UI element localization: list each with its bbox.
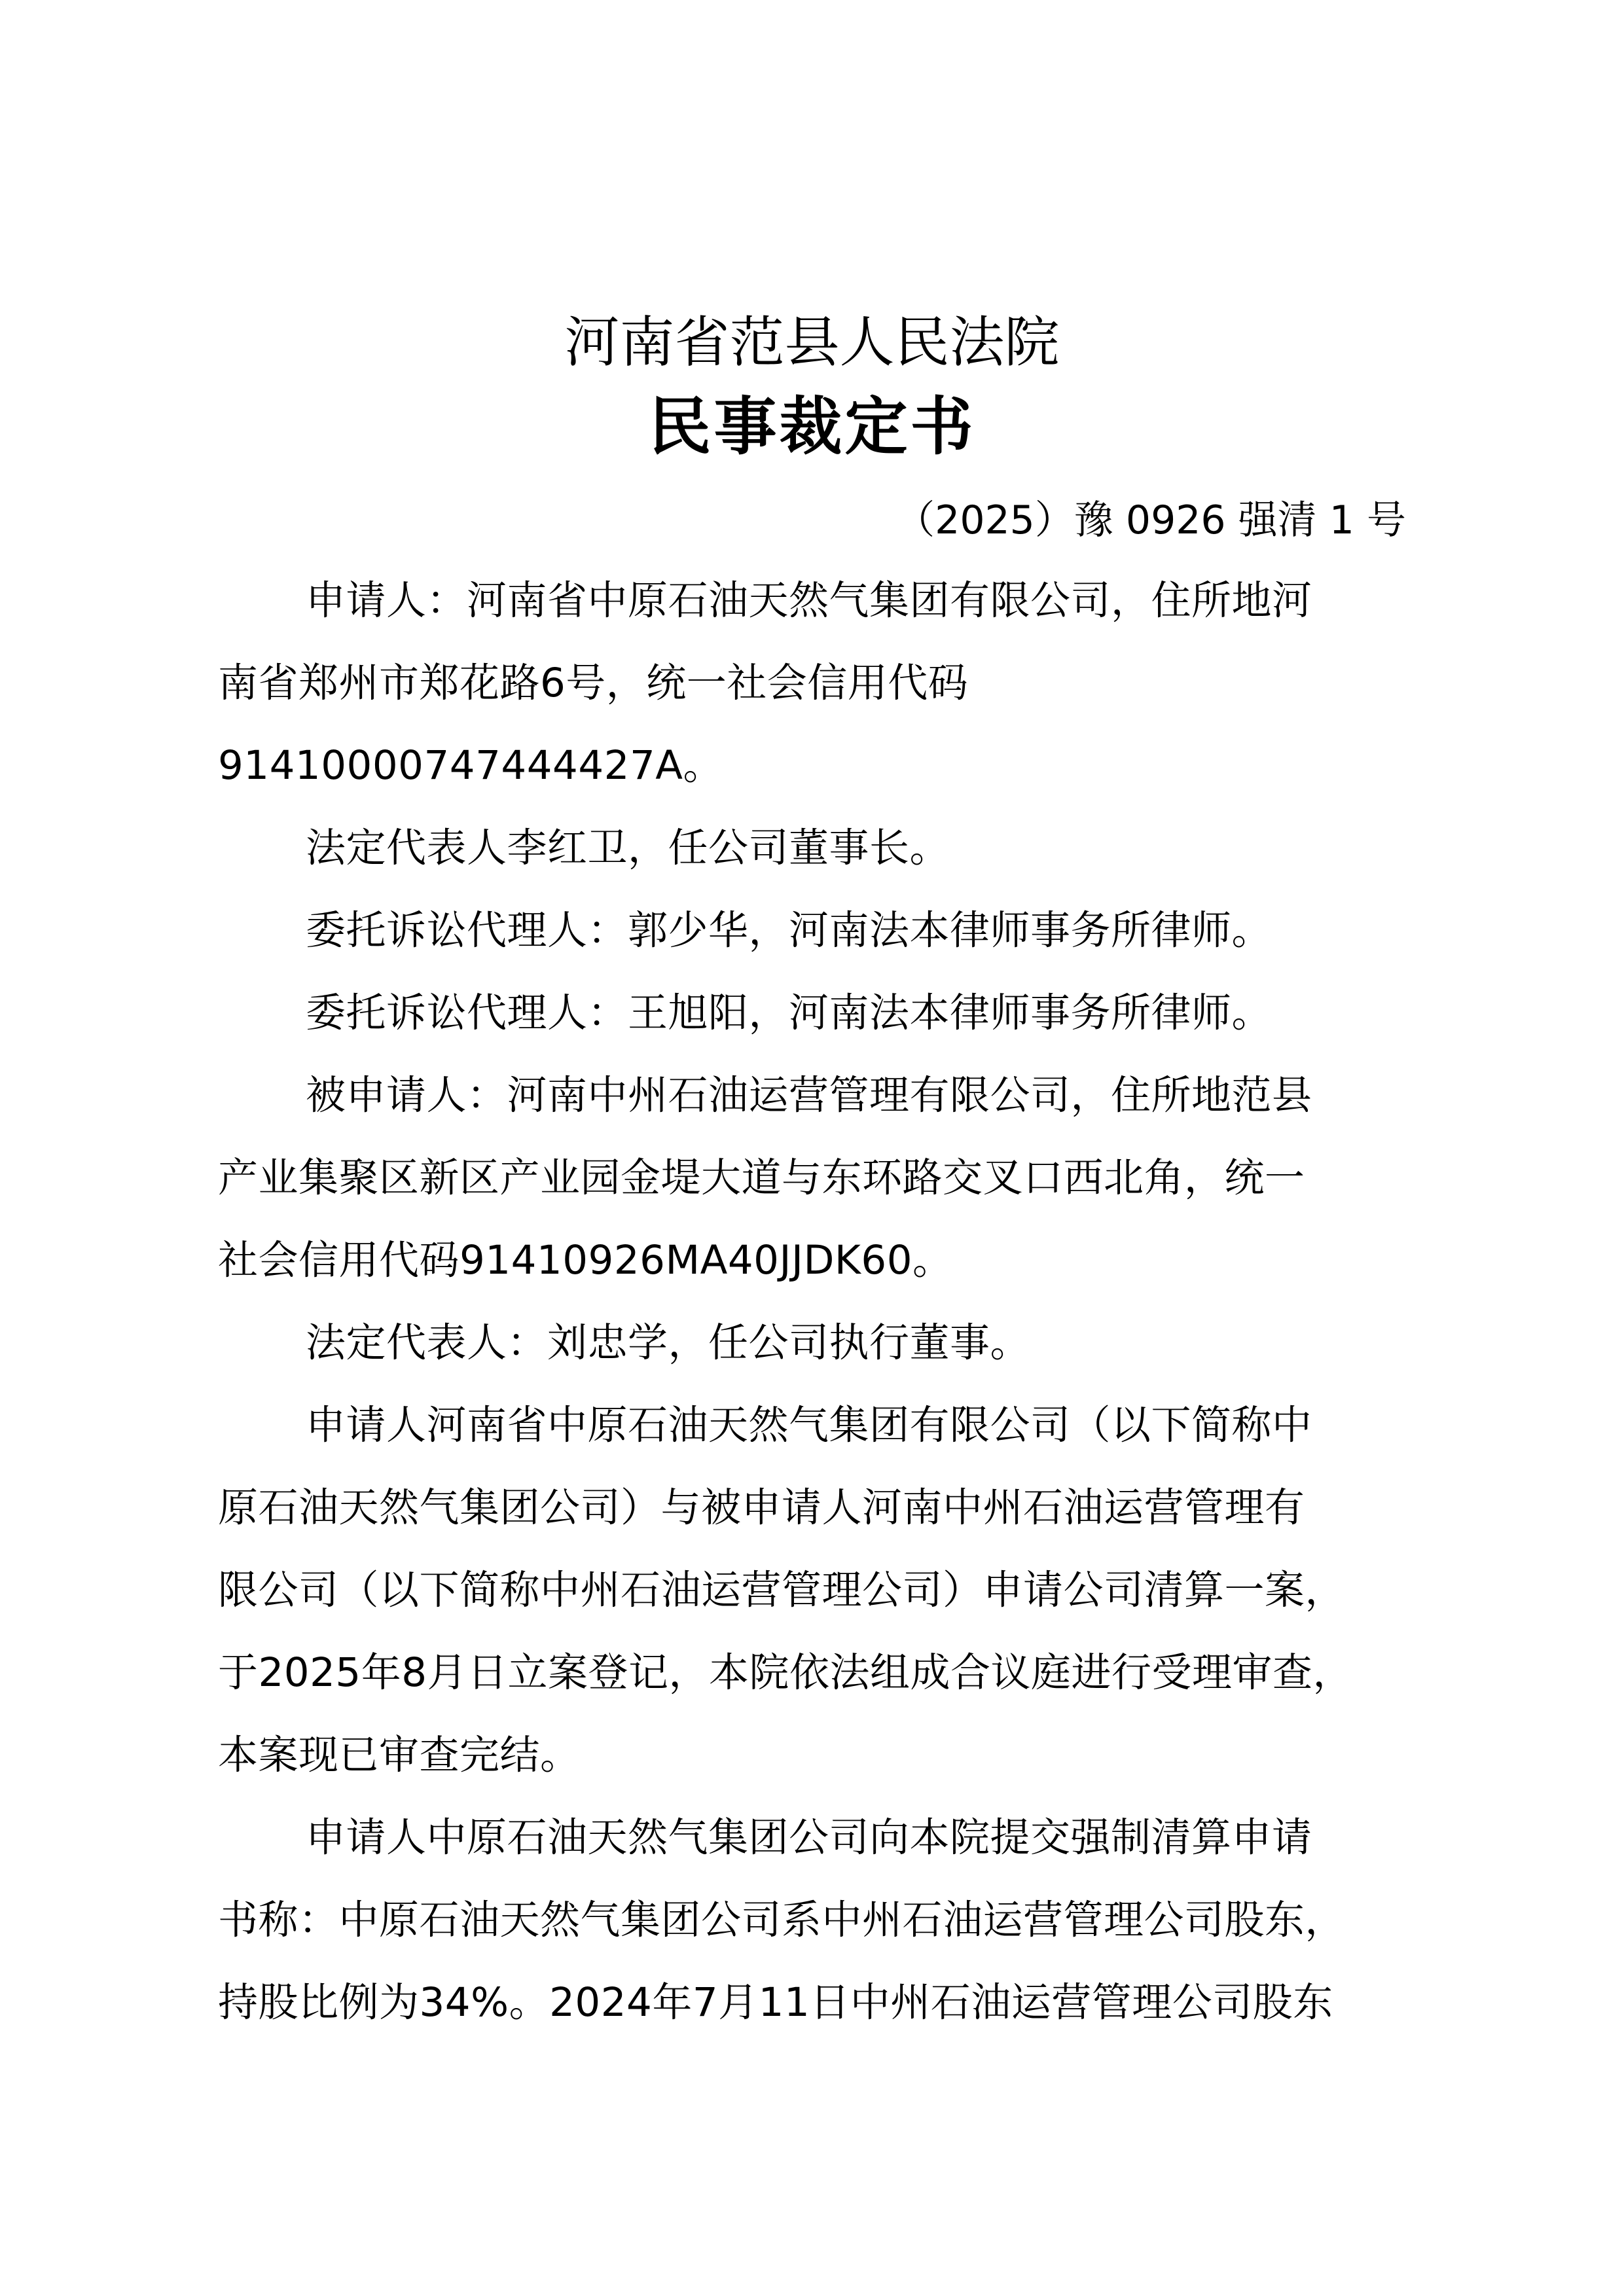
text-line: 限公司（以下简称中州石油运营管理公司）申请公司清算一案，: [218, 1549, 1449, 1632]
document-page: 河南省范县人民法院 民事裁定书 （2025）豫 0926 强清 1 号 申请人：…: [0, 0, 1624, 2296]
paragraph-case-summary: 申请人河南省中原石油天然气集团有限公司（以下简称中 原石油天然气集团公司）与被申…: [218, 1384, 1449, 1797]
paragraph-agent-2: 委托诉讼代理人：王旭阳，河南法本律师事务所律师。: [218, 972, 1449, 1054]
text-line: 社会信用代码91410926MA40JJDK60。: [218, 1219, 1449, 1302]
text-line: 申请人中原石油天然气集团公司向本院提交强制清算申请: [218, 1797, 1449, 1879]
text-line: 委托诉讼代理人：王旭阳，河南法本律师事务所律师。: [218, 972, 1449, 1054]
court-name: 河南省范县人民法院: [0, 306, 1624, 378]
paragraph-applicant: 申请人：河南省中原石油天然气集团有限公司，住所地河 南省郑州市郑花路6号，统一社…: [218, 560, 1449, 807]
text-line: 产业集聚区新区产业园金堤大道与东环路交叉口西北角，统一: [218, 1137, 1449, 1219]
text-line: 申请人：河南省中原石油天然气集团有限公司，住所地河: [218, 560, 1449, 642]
paragraph-applicant-claims: 申请人中原石油天然气集团公司向本院提交强制清算申请 书称：中原石油天然气集团公司…: [218, 1797, 1449, 2044]
text-line: 本案现已审查完结。: [218, 1714, 1449, 1797]
text-line: 书称：中原石油天然气集团公司系中州石油运营管理公司股东，: [218, 1879, 1449, 1962]
text-line: 法定代表人：刘忠学，任公司执行董事。: [218, 1302, 1449, 1384]
text-line: 南省郑州市郑花路6号，统一社会信用代码: [218, 642, 1449, 725]
text-line: 被申请人：河南中州石油运营管理有限公司，住所地范县: [218, 1054, 1449, 1137]
document-body: 申请人：河南省中原石油天然气集团有限公司，住所地河 南省郑州市郑花路6号，统一社…: [218, 560, 1449, 2044]
document-title: 民事裁定书: [0, 387, 1624, 466]
text-line: 申请人河南省中原石油天然气集团有限公司（以下简称中: [218, 1384, 1449, 1467]
text-line: 法定代表人李红卫，任公司董事长。: [218, 807, 1449, 889]
paragraph-agent-1: 委托诉讼代理人：郭少华，河南法本律师事务所律师。: [218, 889, 1449, 972]
paragraph-respondent-legal-rep: 法定代表人：刘忠学，任公司执行董事。: [218, 1302, 1449, 1384]
paragraph-applicant-legal-rep: 法定代表人李红卫，任公司董事长。: [218, 807, 1449, 889]
text-line: 91410000747444427A。: [218, 725, 1449, 807]
text-line: 于2025年8月日立案登记，本院依法组成合议庭进行受理审查，: [218, 1632, 1449, 1714]
text-line: 持股比例为34%。2024年7月11日中州石油运营管理公司股东: [218, 1962, 1449, 2044]
text-line: 原石油天然气集团公司）与被申请人河南中州石油运营管理有: [218, 1467, 1449, 1549]
text-line: 委托诉讼代理人：郭少华，河南法本律师事务所律师。: [218, 889, 1449, 972]
case-number: （2025）豫 0926 强清 1 号: [895, 484, 1406, 556]
paragraph-respondent: 被申请人：河南中州石油运营管理有限公司，住所地范县 产业集聚区新区产业园金堤大道…: [218, 1054, 1449, 1302]
